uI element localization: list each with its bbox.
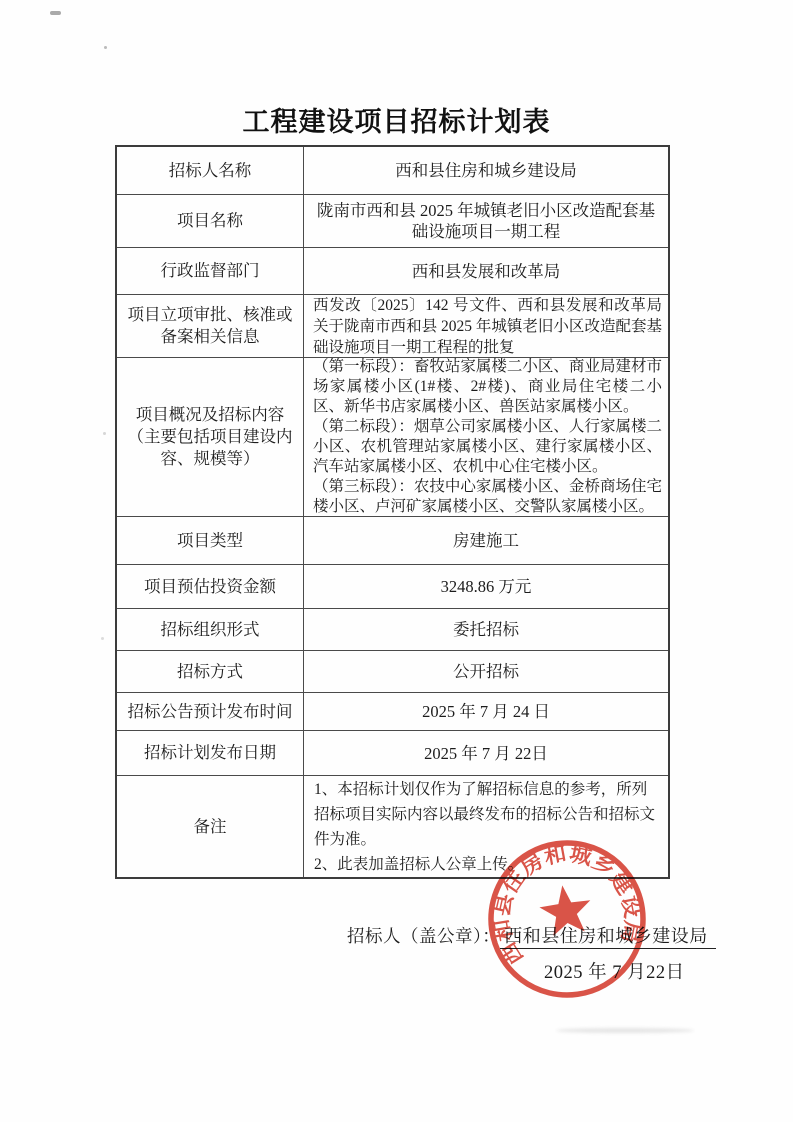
table-row: 招标组织形式 委托招标 <box>117 609 668 651</box>
table-row: 项目类型 房建施工 <box>117 517 668 565</box>
row-value: 2025 年 7 月 22日 <box>304 731 668 775</box>
row-value: 2025 年 7 月 24 日 <box>304 693 668 730</box>
table-row: 招标方式 公开招标 <box>117 651 668 693</box>
row-label: 招标组织形式 <box>117 609 304 650</box>
footer-date: 2025 年 7 月22日 <box>544 958 685 984</box>
row-value: 委托招标 <box>304 609 668 650</box>
row-label: 项目预估投资金额 <box>117 565 304 608</box>
table-row: 项目名称 陇南市西和县 2025 年城镇老旧小区改造配套基础设施项目一期工程 <box>117 195 668 248</box>
scan-speck <box>104 46 107 49</box>
row-label: 招标计划发布日期 <box>117 731 304 775</box>
row-label: 项目立项审批、核准或备案相关信息 <box>117 295 304 357</box>
table-row: 项目立项审批、核准或备案相关信息 西发改〔2025〕142 号文件、西和县发展和… <box>117 295 668 358</box>
table-row: 行政监督部门 西和县发展和改革局 <box>117 248 668 295</box>
table-row: 项目预估投资金额 3248.86 万元 <box>117 565 668 609</box>
row-label: 项目概况及招标内容（主要包括项目建设内容、规模等） <box>117 358 304 516</box>
table-row: 招标人名称 西和县住房和城乡建设局 <box>117 147 668 195</box>
scanned-document-page: 工程建设项目招标计划表 招标人名称 西和县住房和城乡建设局 项目名称 陇南市西和… <box>0 0 793 1122</box>
table-row: 备注 1、本招标计划仅作为了解招标信息的参考，所列招标项目实际内容以最终发布的招… <box>117 776 668 877</box>
table-row: 招标公告预计发布时间 2025 年 7 月 24 日 <box>117 693 668 731</box>
row-value: 公开招标 <box>304 651 668 692</box>
row-label: 项目类型 <box>117 517 304 564</box>
row-label: 招标方式 <box>117 651 304 692</box>
row-label: 行政监督部门 <box>117 248 304 294</box>
row-label: 招标公告预计发布时间 <box>117 693 304 730</box>
bid-plan-table: 招标人名称 西和县住房和城乡建设局 项目名称 陇南市西和县 2025 年城镇老旧… <box>115 145 670 879</box>
row-value: 西和县发展和改革局 <box>304 248 668 294</box>
row-value: 西和县住房和城乡建设局 <box>304 147 668 194</box>
signature-line: 招标人（盖公章）：西和县住房和城乡建设局 <box>347 922 716 948</box>
scan-speck <box>101 637 104 640</box>
scan-speck <box>103 432 106 435</box>
row-label: 项目名称 <box>117 195 304 247</box>
page-title: 工程建设项目招标计划表 <box>0 100 793 139</box>
row-value: （第一标段）：畜牧站家属楼二小区、商业局建材市场家属楼小区(1#楼、2#楼)、商… <box>304 358 668 516</box>
row-value: 陇南市西和县 2025 年城镇老旧小区改造配套基础设施项目一期工程 <box>304 195 668 247</box>
scan-speck <box>50 11 61 15</box>
table-row: 招标计划发布日期 2025 年 7 月 22日 <box>117 731 668 776</box>
row-value: 房建施工 <box>304 517 668 564</box>
table-row: 项目概况及招标内容（主要包括项目建设内容、规模等） （第一标段）：畜牧站家属楼二… <box>117 358 668 517</box>
signer-label: 招标人（盖公章）： <box>347 926 500 946</box>
row-label: 备注 <box>117 776 304 877</box>
row-label: 招标人名称 <box>117 147 304 194</box>
scan-smudge <box>556 1028 694 1033</box>
signer-name: 西和县住房和城乡建设局 <box>500 926 716 949</box>
row-value: 1、本招标计划仅作为了解招标信息的参考，所列招标项目实际内容以最终发布的招标公告… <box>304 776 668 877</box>
row-value: 3248.86 万元 <box>304 565 668 608</box>
row-value: 西发改〔2025〕142 号文件、西和县发展和改革局关于陇南市西和县 2025 … <box>304 295 668 357</box>
